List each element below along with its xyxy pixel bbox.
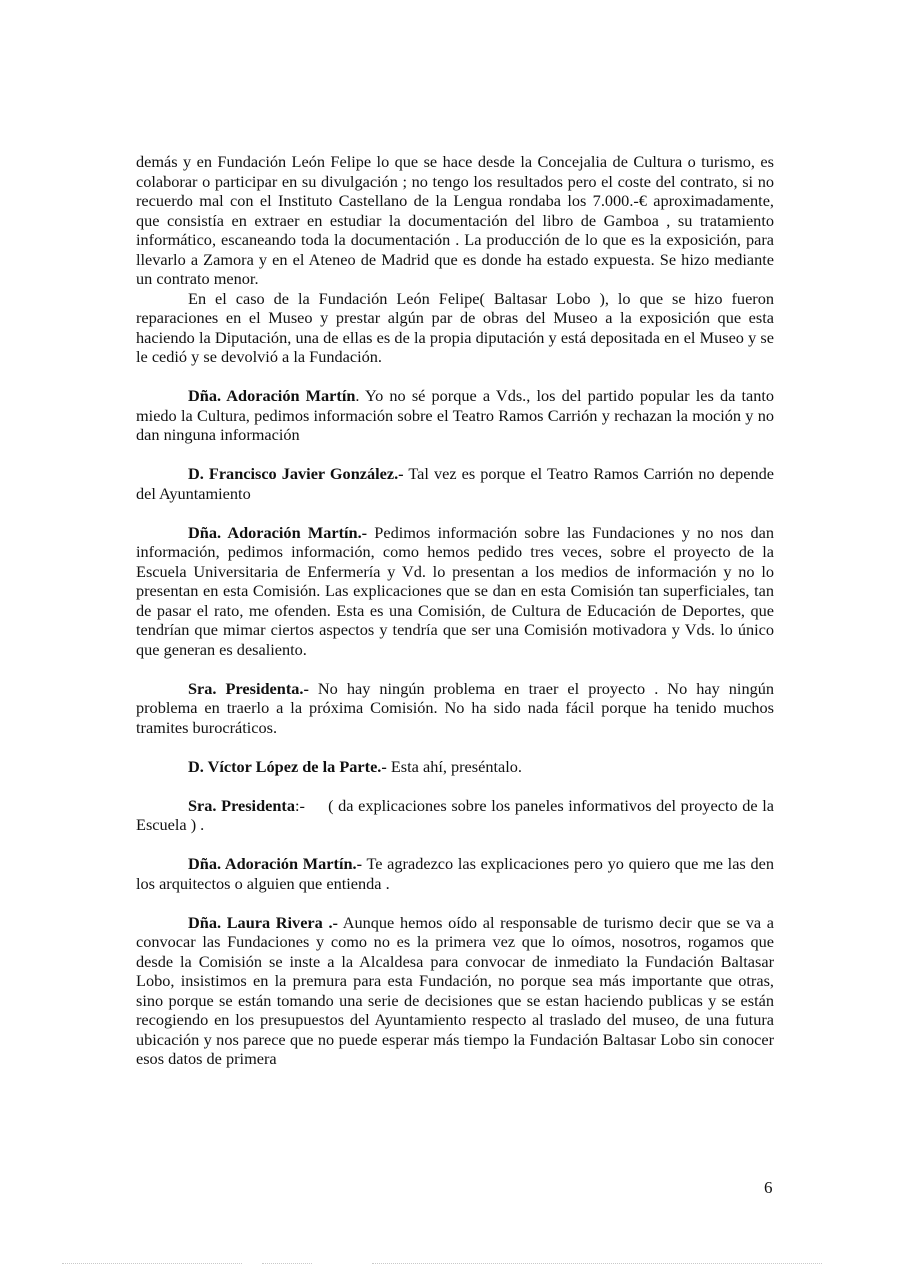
intervention-paragraph: D. Francisco Javier González.- Tal vez e… [136, 464, 774, 503]
paragraph-text: Esta ahí, preséntalo. [387, 757, 522, 776]
speaker-name: Dña. Adoración Martín.- [188, 523, 367, 542]
intervention-paragraph: Sra. Presidenta:- ( da explicaciones sob… [136, 796, 774, 835]
intervention-paragraph: Sra. Presidenta.- No hay ningún problema… [136, 679, 774, 738]
intervention-paragraph: Dña. Adoración Martín.- Pedimos informac… [136, 523, 774, 660]
paragraph-text: Aunque hemos oído al responsable de turi… [136, 913, 774, 1069]
paragraph-text: Pedimos información sobre las Fundacione… [136, 523, 774, 659]
document-body: demás y en Fundación León Felipe lo que … [136, 152, 774, 1069]
paragraph-leon-felipe: En el caso de la Fundación León Felipe( … [136, 289, 774, 367]
intervention-paragraph: Dña. Adoración Martín.- Te agradezco las… [136, 854, 774, 893]
intervention-paragraph: D. Víctor López de la Parte.- Esta ahí, … [136, 757, 774, 777]
speaker-name: Dña. Adoración Martín.- [188, 854, 362, 873]
intervention-paragraph: Dña. Laura Rivera .- Aunque hemos oído a… [136, 913, 774, 1069]
speaker-name: D. Víctor López de la Parte.- [188, 757, 387, 776]
footer-divider [372, 1263, 822, 1265]
document-page: demás y en Fundación León Felipe lo que … [0, 0, 900, 1281]
page-number: 6 [764, 1178, 773, 1198]
intervention-paragraph: Dña. Adoración Martín. Yo no sé porque a… [136, 386, 774, 445]
paragraph-continuation: demás y en Fundación León Felipe lo que … [136, 152, 774, 289]
footer-divider [62, 1263, 242, 1265]
speaker-name: D. Francisco Javier González.- [188, 464, 404, 483]
footer-divider [262, 1263, 312, 1265]
paragraph-text: demás y en Fundación León Felipe lo que … [136, 152, 774, 288]
speaker-name: Sra. Presidenta [188, 796, 295, 815]
speaker-name: Dña. Laura Rivera .- [188, 913, 338, 932]
speaker-name: Sra. Presidenta.- [188, 679, 309, 698]
paragraph-text: En el caso de la Fundación León Felipe( … [136, 289, 774, 367]
speaker-name: Dña. Adoración Martín [188, 386, 355, 405]
